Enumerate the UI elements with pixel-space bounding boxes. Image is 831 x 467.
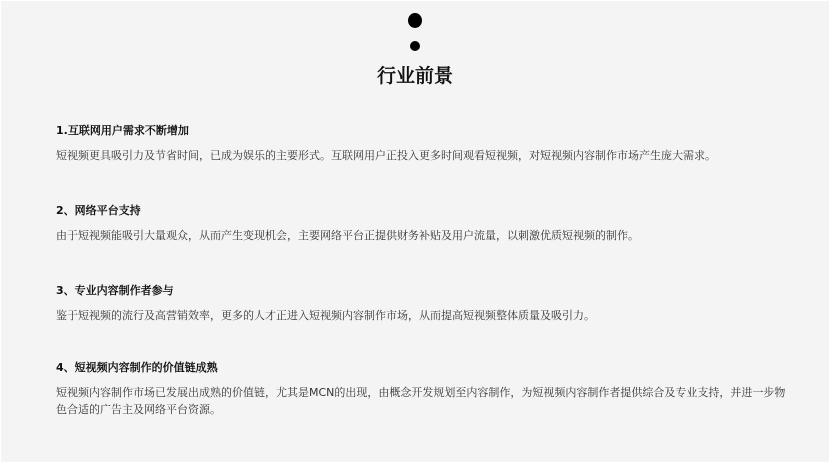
section-body-4: 短视频内容制作市场已发展出成熟的价值链，尤其是MCN的出现，由概念开发规划至内容… xyxy=(56,384,796,418)
slide: 行业前景 1.互联网用户需求不断增加 短视频更具吸引力及节省时间，已成为娱乐的主… xyxy=(1,1,829,462)
section-body-3: 鉴于短视频的流行及高营销效率，更多的人才正进入短视频内容制作市场，从而提高短视频… xyxy=(56,307,796,324)
page-title: 行业前景 xyxy=(1,61,829,88)
section-heading-2: 2、网络平台支持 xyxy=(56,202,141,218)
section-body-1: 短视频更具吸引力及节省时间，已成为娱乐的主要形式。互联网用户正投入更多时间观看短… xyxy=(56,147,796,164)
section-body-2: 由于短视频能吸引大量观众，从而产生变现机会，主要网络平台正提供财务补贴及用户流量… xyxy=(56,227,796,244)
section-heading-4: 4、短视频内容制作的价值链成熟 xyxy=(56,359,218,375)
section-heading-3: 3、专业内容制作者参与 xyxy=(56,282,174,298)
colon-dot-bottom-icon xyxy=(410,41,420,51)
section-heading-1: 1.互联网用户需求不断增加 xyxy=(56,122,189,138)
colon-dot-top-icon xyxy=(408,13,422,28)
